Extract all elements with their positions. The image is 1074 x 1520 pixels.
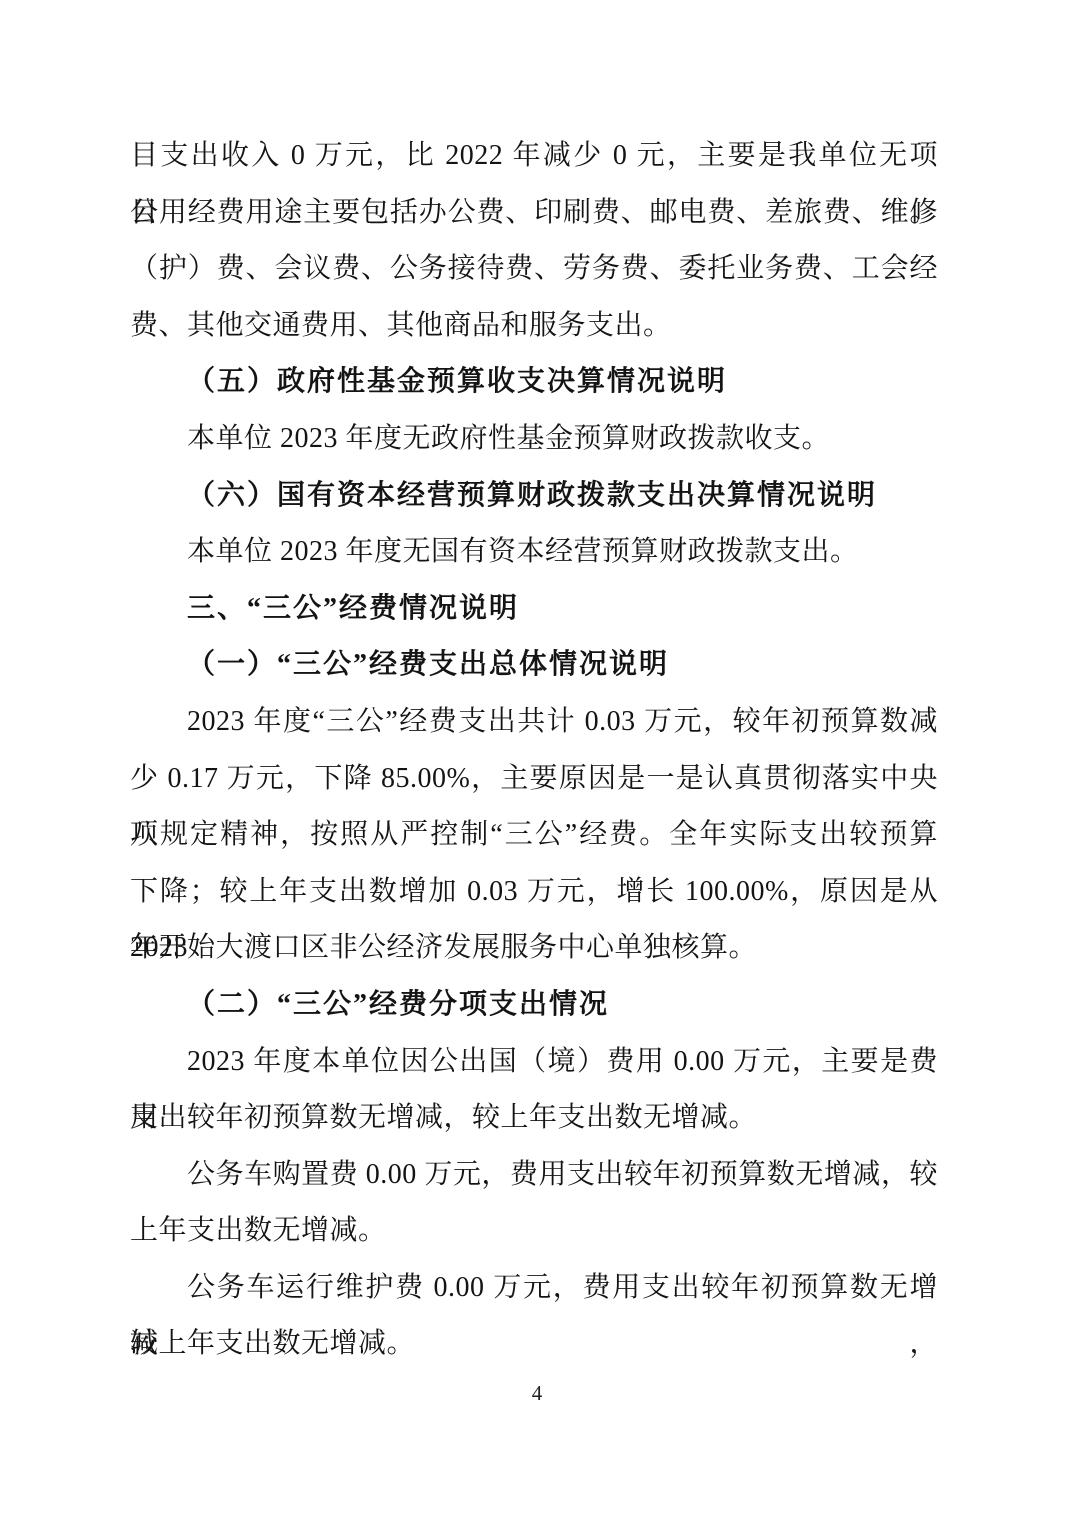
paragraph-line: 上年支出数无增减。 — [130, 1203, 938, 1260]
section-heading: （一）“三公”经费支出总体情况说明 — [130, 637, 938, 694]
paragraph-line: 少 0.17 万元，下降 85.00%，主要原因是一是认真贯彻落实中央八 — [130, 751, 938, 808]
paragraph-line: 目支出收入 0 万元，比 2022 年减少 0 元，主要是我单位无项目。 — [130, 128, 938, 185]
page-number: 4 — [0, 1379, 1074, 1407]
paragraph-line: 2023 年度“三公”经费支出共计 0.03 万元，较年初预算数减 — [130, 694, 938, 751]
section-heading: （六）国有资本经营预算财政拨款支出决算情况说明 — [130, 468, 938, 525]
document-body: 目支出收入 0 万元，比 2022 年减少 0 元，主要是我单位无项目。 公用经… — [130, 128, 938, 1373]
document-page: 目支出收入 0 万元，比 2022 年减少 0 元，主要是我单位无项目。 公用经… — [0, 0, 1074, 1520]
section-heading: （五）政府性基金预算收支决算情况说明 — [130, 354, 938, 411]
paragraph-line: 公务车运行维护费 0.00 万元，费用支出较年初预算数无增减， — [130, 1260, 938, 1317]
paragraph-line: 本单位 2023 年度无政府性基金预算财政拨款收支。 — [130, 411, 938, 468]
section-heading: 三、“三公”经费情况说明 — [130, 581, 938, 638]
paragraph-line: 公用经费用途主要包括办公费、印刷费、邮电费、差旅费、维修 — [130, 185, 938, 242]
paragraph-line: 公务车购置费 0.00 万元，费用支出较年初预算数无增减，较 — [130, 1147, 938, 1204]
paragraph-line: （护）费、会议费、公务接待费、劳务费、委托业务费、工会经 — [130, 241, 938, 298]
paragraph-line: 支出较年初预算数无增减，较上年支出数无增减。 — [130, 1090, 938, 1147]
paragraph-line: 本单位 2023 年度无国有资本经营预算财政拨款支出。 — [130, 524, 938, 581]
paragraph-line: 2023 年度本单位因公出国（境）费用 0.00 万元，主要是费用 — [130, 1034, 938, 1091]
paragraph-line: 项规定精神，按照从严控制“三公”经费。全年实际支出较预算 — [130, 807, 938, 864]
paragraph-line: 费、其他交通费用、其他商品和服务支出。 — [130, 298, 938, 355]
paragraph-line: 年开始大渡口区非公经济发展服务中心单独核算。 — [130, 920, 938, 977]
section-heading: （二）“三公”经费分项支出情况 — [130, 977, 938, 1034]
paragraph-line: 下降；较上年支出数增加 0.03 万元，增长 100.00%，原因是从 2023 — [130, 864, 938, 921]
